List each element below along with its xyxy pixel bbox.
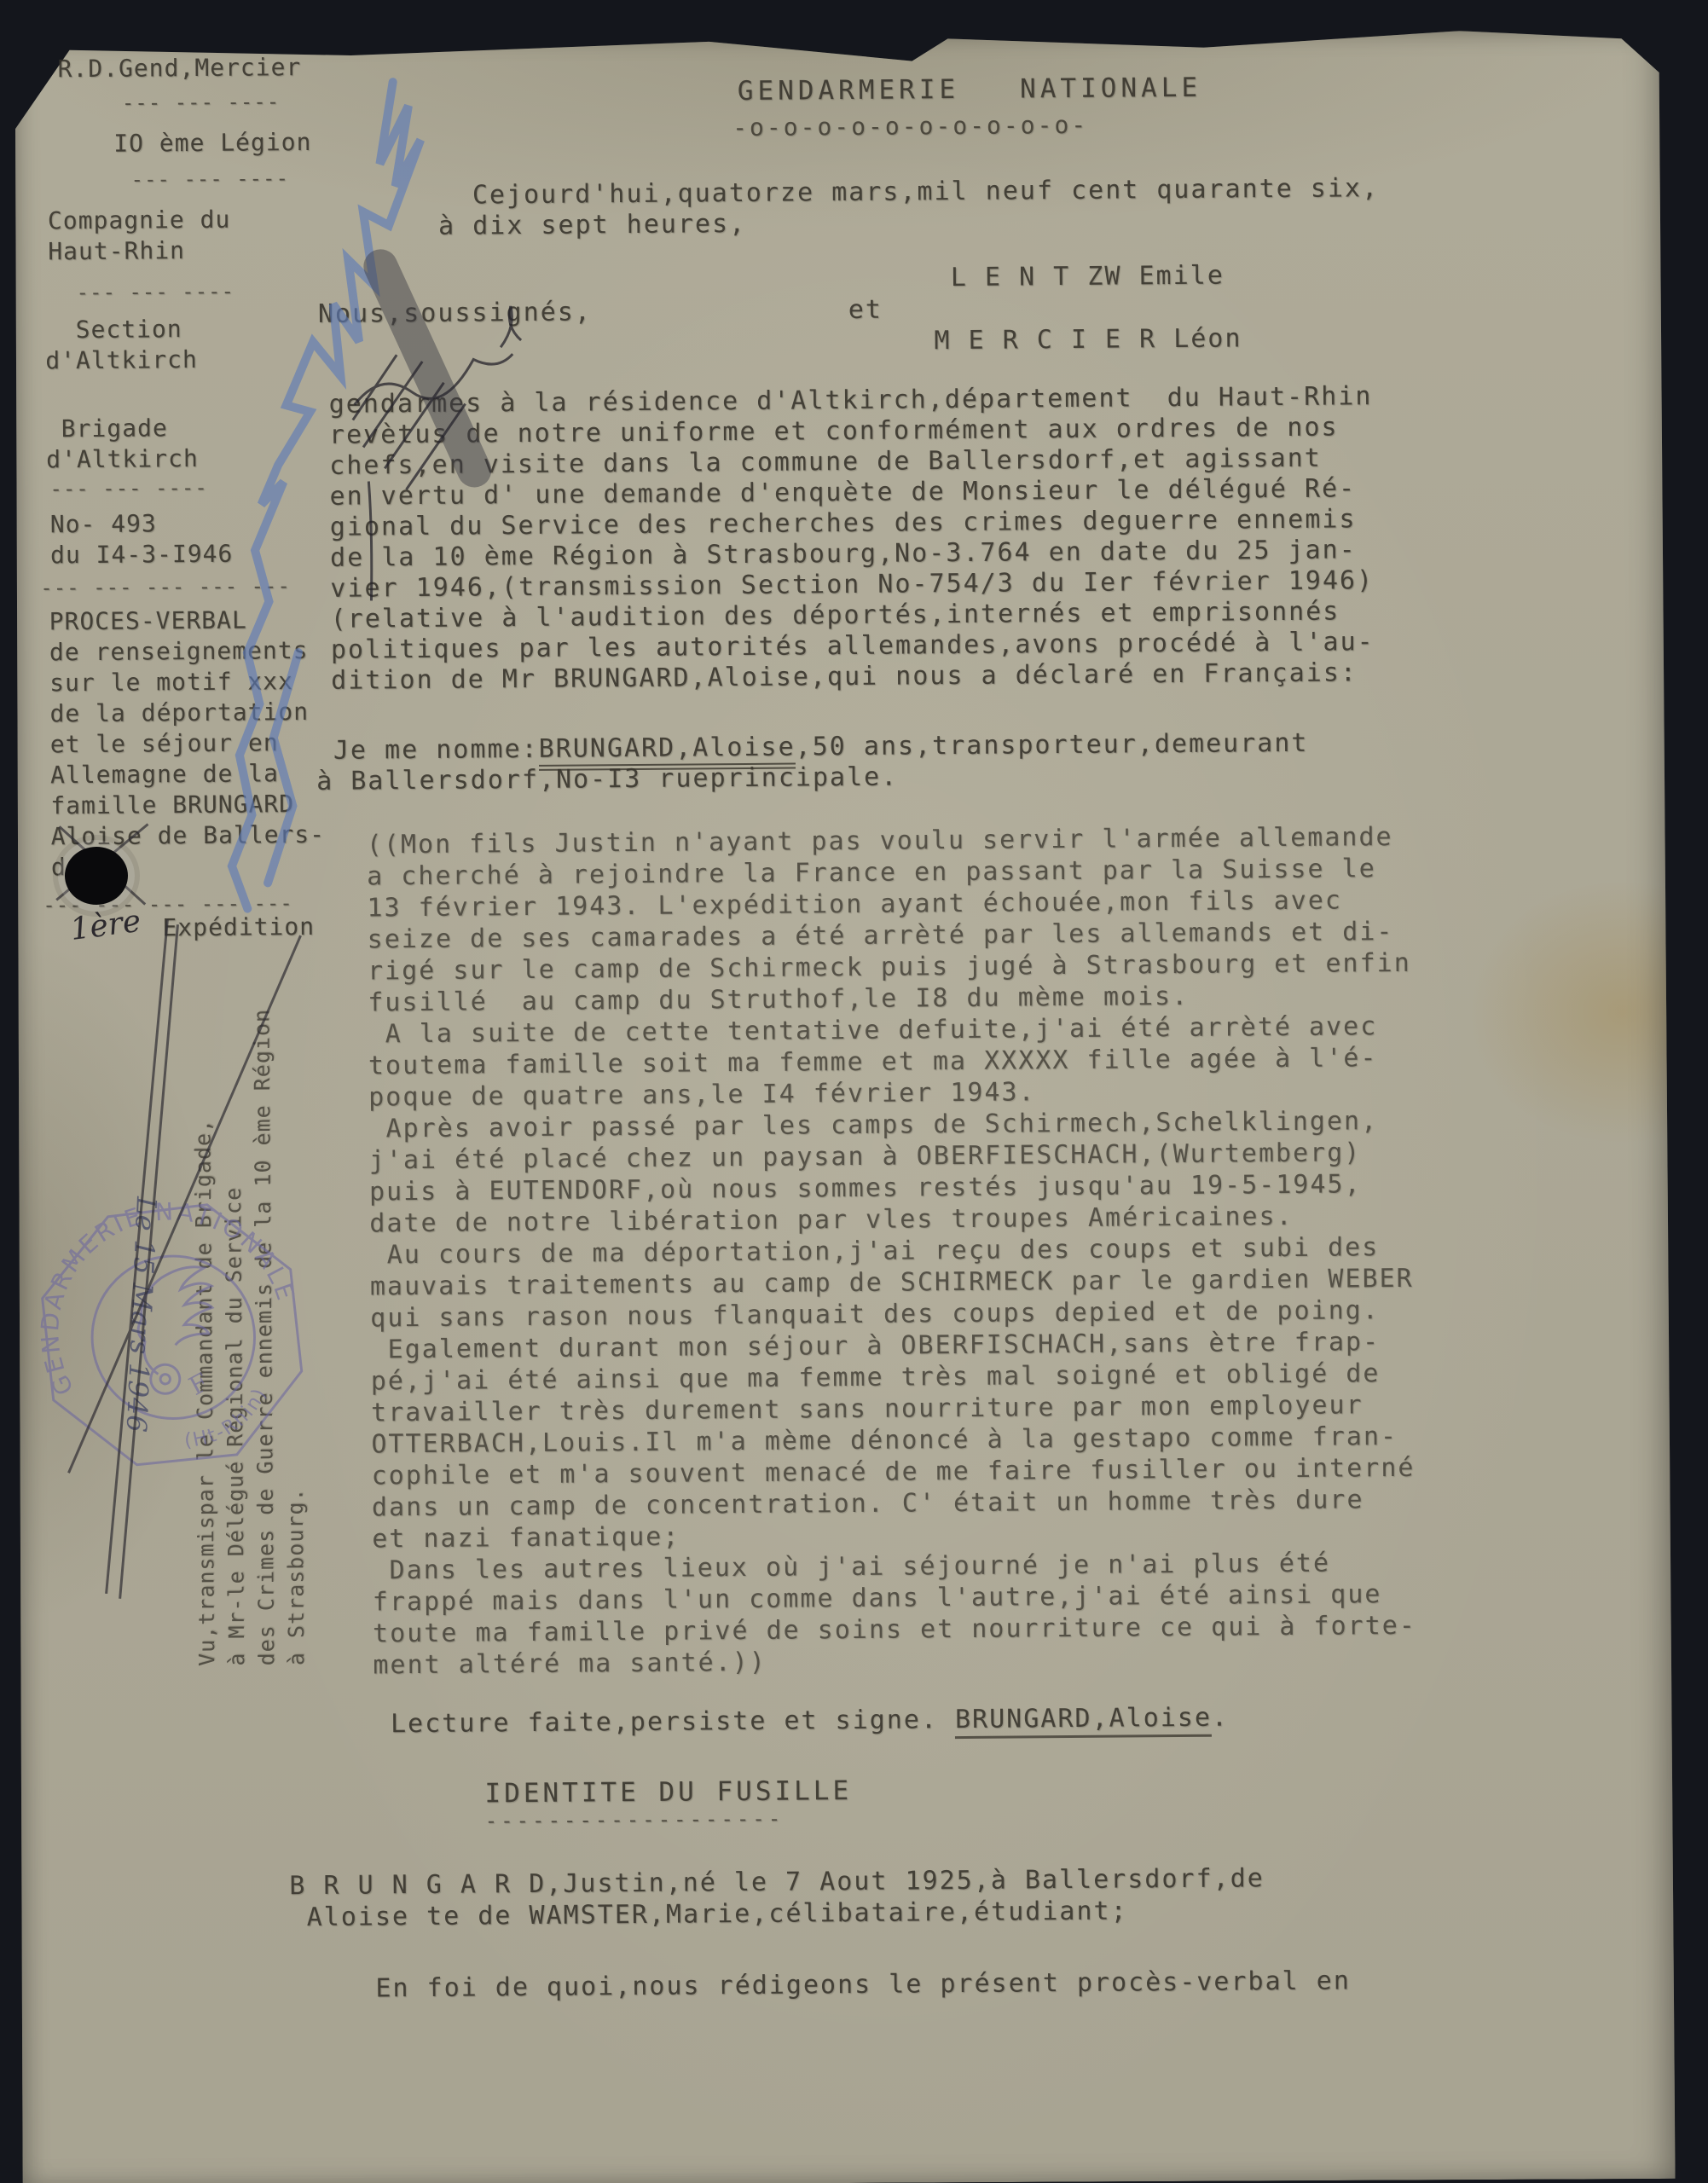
annotations-overlay [0, 0, 1708, 2183]
pencil-scratch-overwrite [351, 265, 523, 601]
pencil-cross-lines [56, 823, 306, 1599]
punch-hole [65, 847, 129, 906]
document-content: R.D.Gend,Mercier --- --- ---- IO ème Lég… [0, 0, 1708, 2183]
scanned-document-page: R.D.Gend,Mercier --- --- ---- IO ème Lég… [0, 0, 1708, 2183]
blue-crayon-scribble [226, 82, 427, 909]
